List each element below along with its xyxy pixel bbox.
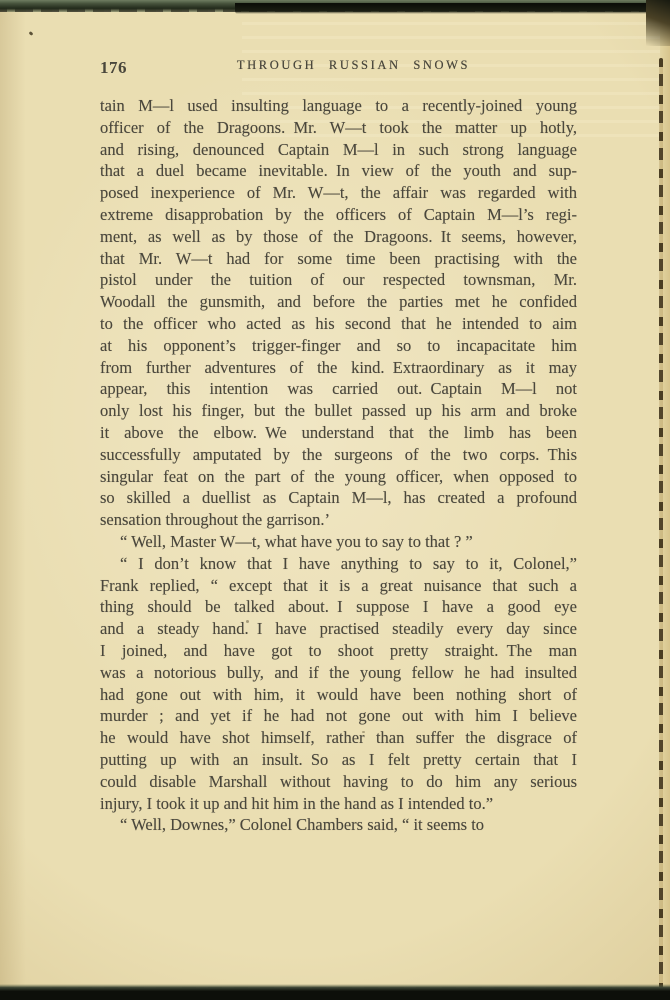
text-line: singular feat on the part of the young o… (100, 466, 577, 488)
text-line: thing should be talked about. I suppose … (100, 596, 577, 618)
paper-speck (29, 31, 34, 36)
text-line: could disable Marshall without having to… (100, 771, 577, 793)
page-content: 176 THROUGH RUSSIAN SNOWS tain M—l used … (100, 58, 577, 836)
text-line: was a notorious bully, and if the young … (100, 662, 577, 684)
text-line: ment, as well as by those of the Dragoon… (100, 226, 577, 248)
text-line: Woodall the gunsmith, and before the par… (100, 291, 577, 313)
text-line: from further adventures of the kind. Ext… (100, 357, 577, 379)
scanned-book-page: 176 THROUGH RUSSIAN SNOWS tain M—l used … (0, 0, 670, 1000)
text-line: he would have shot himself, rather than … (100, 727, 577, 749)
paper-speck (362, 731, 365, 733)
book-cover-top-shadow (235, 3, 670, 14)
page-left-shading (0, 0, 26, 1000)
text-line: “ Well, Master W—t, what have you to say… (100, 531, 577, 553)
text-line: and rising, denounced Captain M—l in suc… (100, 139, 577, 161)
book-cover-top-right-corner (646, 0, 670, 46)
page-header: 176 THROUGH RUSSIAN SNOWS (100, 58, 577, 80)
text-line: appear, this intention was carried out. … (100, 378, 577, 400)
book-cover-bottom-edge (0, 984, 670, 1000)
text-line: posed inexperience of Mr. W—t, the affai… (100, 182, 577, 204)
page-edge-line (659, 58, 663, 988)
text-line: tain M—l used insulting language to a re… (100, 95, 577, 117)
text-line: and a steady hand. I have practised stea… (100, 618, 577, 640)
text-line: it above the elbow. We understand that t… (100, 422, 577, 444)
text-line: so skilled a duellist as Captain M—l, ha… (100, 487, 577, 509)
text-line: to the officer who acted as his second t… (100, 313, 577, 335)
text-line: extreme disapprobation by the officers o… (100, 204, 577, 226)
running-title: THROUGH RUSSIAN SNOWS (100, 58, 577, 73)
text-line: putting up with an insult. So as I felt … (100, 749, 577, 771)
text-line: injury, I took it up and hit him in the … (100, 793, 577, 815)
page-number: 176 (100, 58, 127, 78)
text-line: that a duel became inevitable. In view o… (100, 160, 577, 182)
text-line: “ I don’t know that I have anything to s… (100, 553, 577, 575)
text-line: Frank replied, “ except that it is a gre… (100, 575, 577, 597)
text-line: had gone out with him, it would have bee… (100, 684, 577, 706)
paper-speck (246, 620, 249, 623)
page-body: tain M—l used insulting language to a re… (100, 95, 577, 836)
text-line: sensation throughout the garrison.’ (100, 509, 577, 531)
text-line: “ Well, Downes,” Colonel Chambers said, … (100, 814, 577, 836)
text-line: successfully amputated by the surgeons o… (100, 444, 577, 466)
text-line: that Mr. W—t had for some time been prac… (100, 248, 577, 270)
text-line: murder ; and yet if he had not gone out … (100, 705, 577, 727)
text-line: I joined, and have got to shoot pretty s… (100, 640, 577, 662)
text-line: officer of the Dragoons. Mr. W—t took th… (100, 117, 577, 139)
text-line: pistol under the tuition of our respecte… (100, 269, 577, 291)
text-line: at his opponent’s trigger-finger and so … (100, 335, 577, 357)
text-line: only lost his finger, but the bullet pas… (100, 400, 577, 422)
